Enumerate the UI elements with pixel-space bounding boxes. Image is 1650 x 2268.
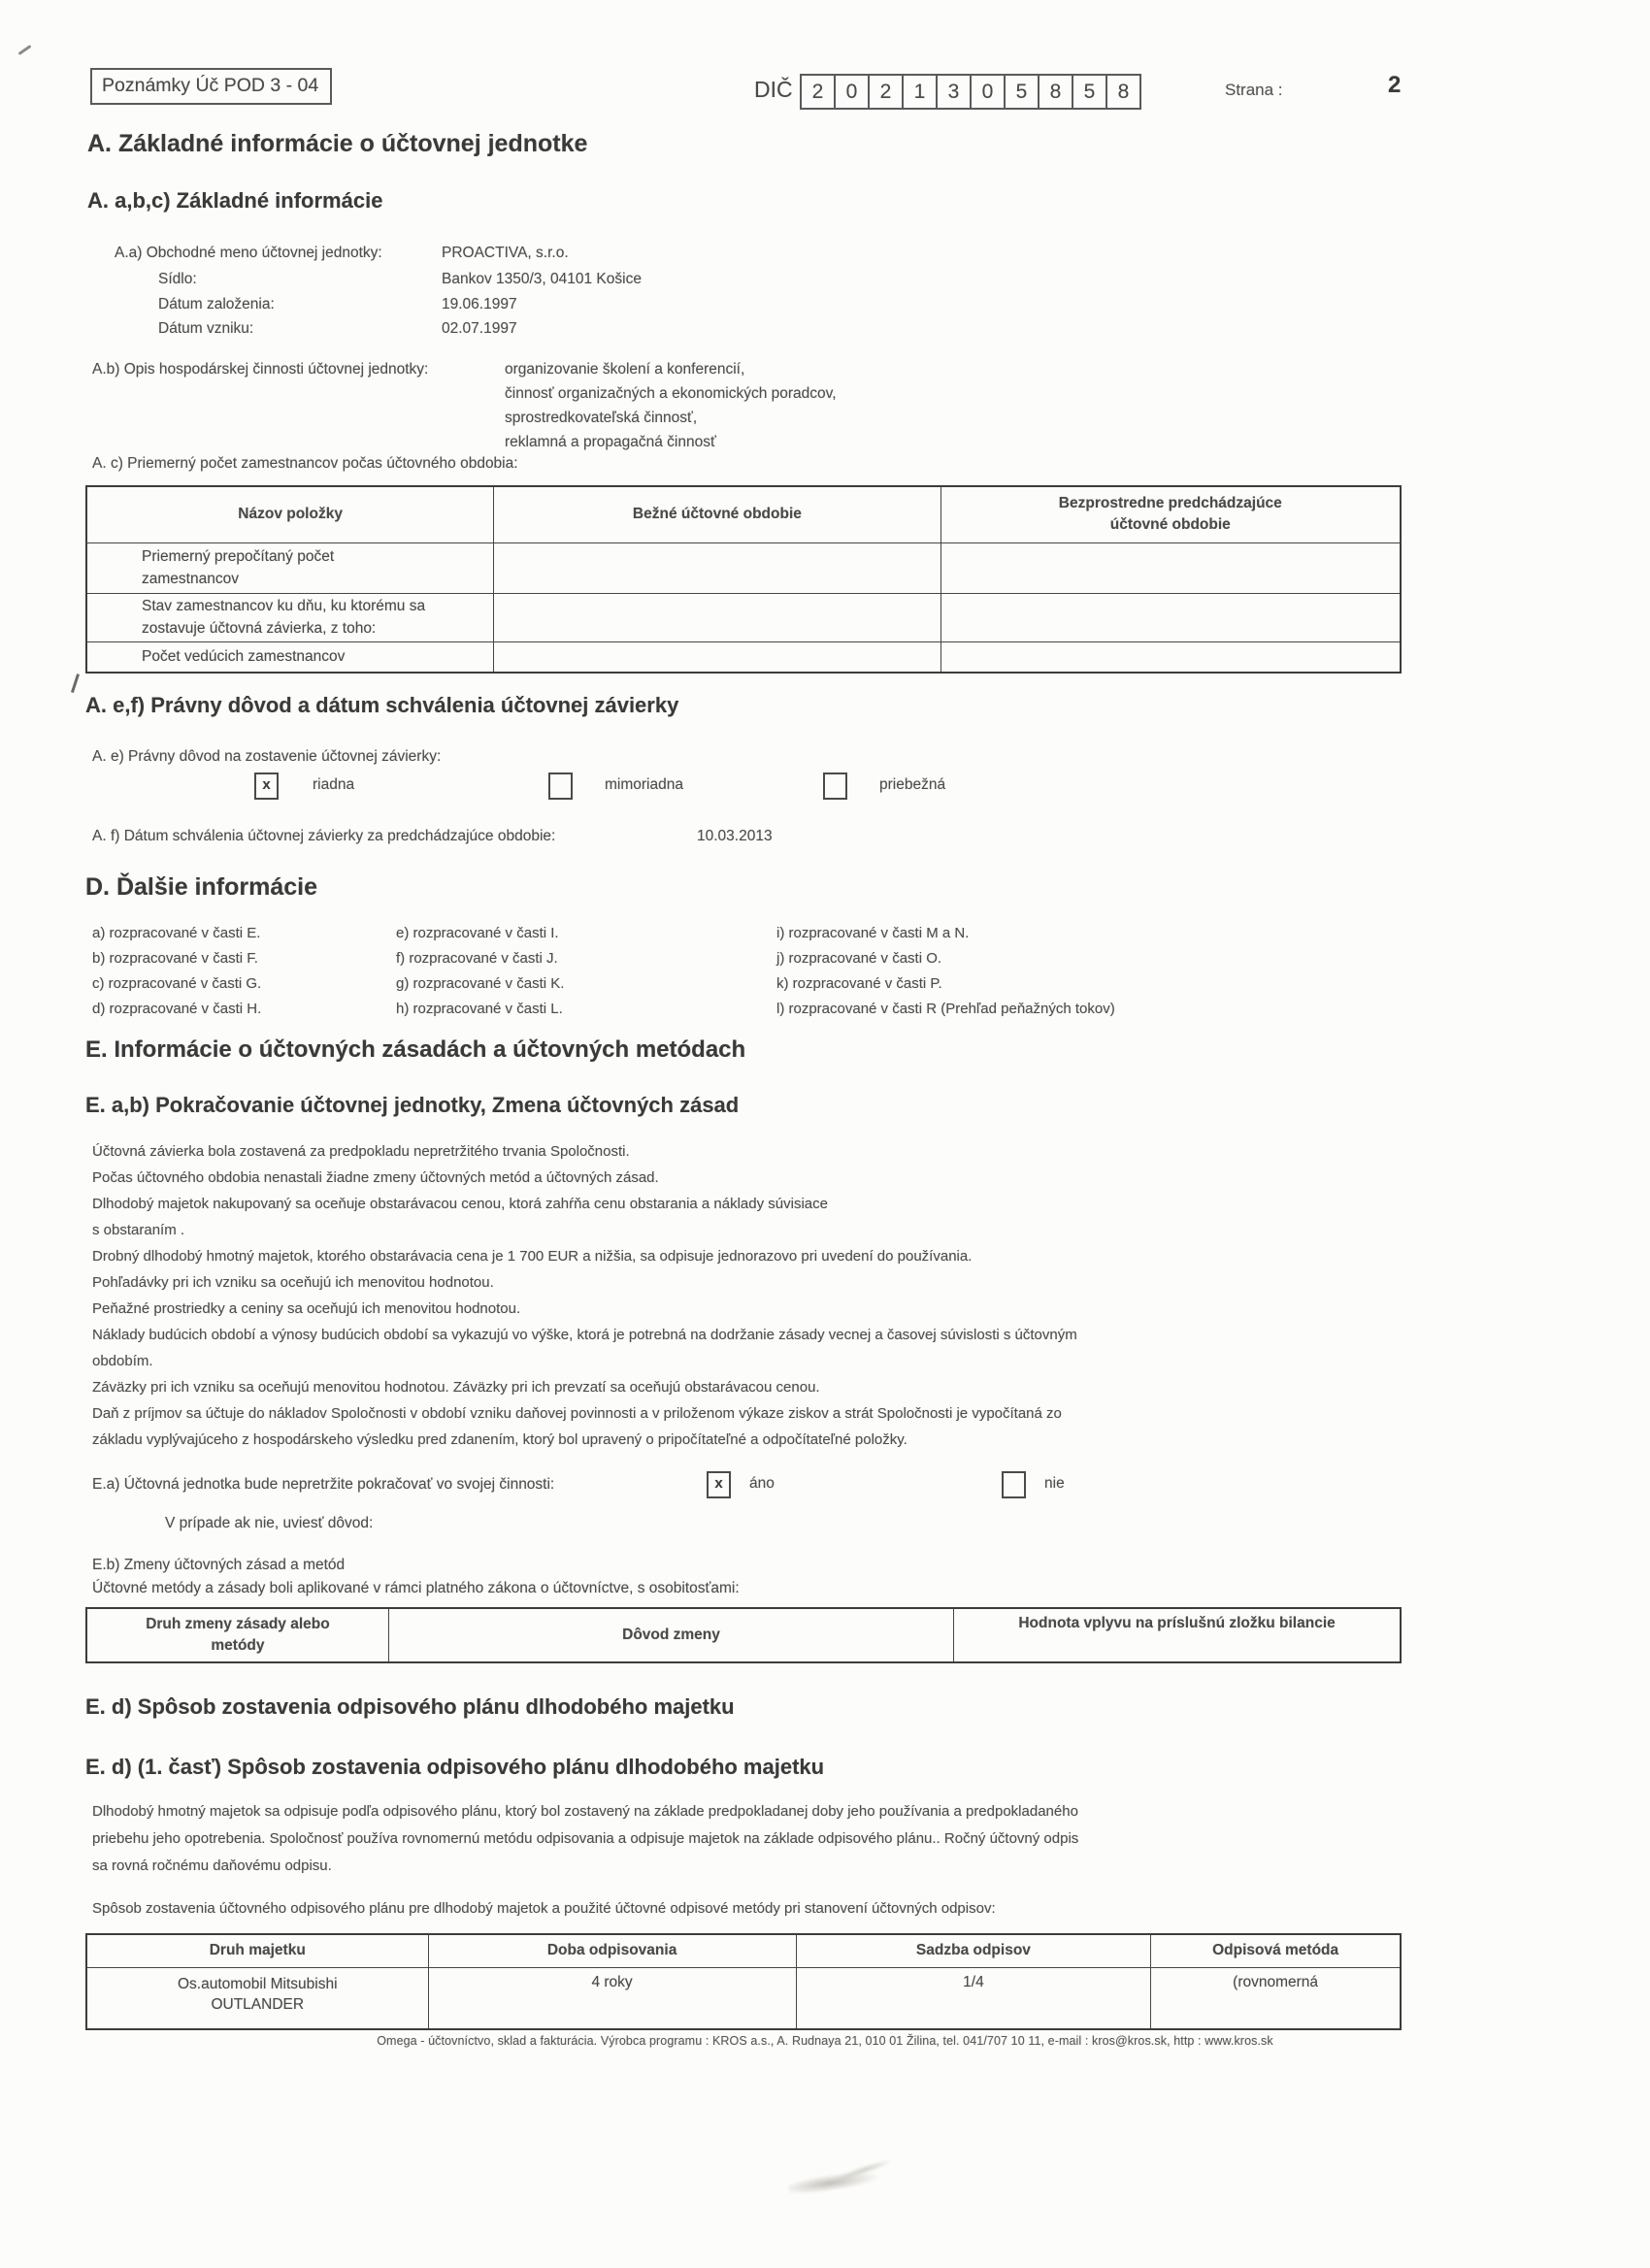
policy-line: s obstaraním . [92, 1222, 184, 1238]
table-row: Os.automobil Mitsubishi OUTLANDER 4 roky… [86, 1967, 1401, 2029]
checkbox-riadna[interactable]: x [254, 772, 279, 800]
software-footer: Omega - účtovníctvo, sklad a fakturácia.… [0, 2034, 1650, 2048]
asset-name: Os.automobil Mitsubishi OUTLANDER [153, 1974, 362, 2016]
changes-note: Účtovné metódy a zásady boli aplikované … [92, 1579, 740, 1597]
policy-line: Daň z príjmov sa účtuje do nákladov Spol… [92, 1405, 1062, 1422]
policy-line: Záväzky pri ich vzniku sa oceňujú menovi… [92, 1379, 820, 1396]
policy-line: Peňažné prostriedky a ceniny sa oceňujú … [92, 1300, 520, 1317]
checkbox-ano[interactable]: x [707, 1471, 731, 1498]
scanned-form-page: Poznámky Úč POD 3 - 04 DIČ 2 0 2 1 3 0 5… [0, 0, 1650, 2268]
field-label-incorporated: Dátum vzniku: [158, 319, 253, 338]
d-item: i) rozpracované v časti M a N. [776, 925, 969, 941]
activity-item: reklamná a propagačná činnosť [505, 433, 716, 451]
policy-line: Účtovná závierka bola zostavená za predp… [92, 1143, 630, 1160]
changes-table-header: Druh zmeny zásady alebo metódy [86, 1608, 388, 1662]
depreciation-note: Spôsob zostavenia účtovného odpisového p… [92, 1900, 996, 1917]
dic-digit: 8 [1038, 74, 1073, 110]
dic-label: DIČ [754, 77, 793, 103]
employees-cell-previous [940, 542, 1401, 593]
policy-line: Dlhodobý majetok nakupovaný sa oceňuje o… [92, 1196, 828, 1212]
policy-line: obdobím. [92, 1353, 153, 1369]
employees-row-label: Počet vedúcich zamestnancov [88, 645, 492, 668]
dic-digit: 5 [1004, 74, 1039, 110]
page-label: Strana : [1225, 81, 1283, 100]
activity-label: A.b) Opis hospodárskej činnosti účtovnej… [92, 360, 428, 378]
employees-label: A. c) Priemerný počet zamestnancov počas… [92, 454, 518, 473]
employees-cell-previous [940, 593, 1401, 641]
section-e-d-subtitle: E. d) Spôsob zostavenia odpisového plánu… [85, 1694, 735, 1720]
employees-table-header: Bezprostredne predchádzajúce účtovné obd… [940, 486, 1401, 542]
d-item: e) rozpracované v časti I. [396, 925, 559, 941]
table-row: Počet vedúcich zamestnancov [86, 641, 1401, 673]
field-value-seat: Bankov 1350/3, 04101 Košice [442, 270, 642, 288]
d-item: g) rozpracované v časti K. [396, 975, 564, 992]
scan-artifact-dash [17, 45, 31, 55]
employees-table-header: Názov položky [86, 486, 494, 542]
continue-label: E.a) Účtovná jednotka bude nepretržite p… [92, 1475, 554, 1494]
page-number: 2 [1388, 72, 1401, 99]
employees-cell-current [494, 641, 940, 673]
policy-line: Náklady budúcich období a výnosy budúcic… [92, 1327, 1077, 1343]
dic-digit: 3 [936, 74, 972, 110]
employees-row-label: Stav zamestnancov ku dňu, ku ktorému sa … [88, 595, 443, 641]
employees-cell-previous [940, 641, 1401, 673]
activity-item: sprostredkovateľská činnosť, [505, 409, 697, 427]
checkbox-mimoriadna[interactable] [548, 772, 573, 800]
checkbox-label-ano: áno [749, 1475, 775, 1493]
policy-line: Pohľadávky pri ich vzniku sa oceňujú ich… [92, 1274, 494, 1291]
dic-digit: 2 [800, 74, 836, 110]
d-item: j) rozpracované v časti O. [776, 950, 941, 967]
section-e-title: E. Informácie o účtovných zásadách a účt… [85, 1036, 745, 1064]
table-row: Priemerný prepočítaný počet zamestnancov [86, 542, 1401, 593]
legal-reason-label: A. e) Právny dôvod na zostavenie účtovne… [92, 747, 441, 766]
checkbox-label-nie: nie [1044, 1475, 1065, 1493]
dic-digit: 5 [1072, 74, 1107, 110]
asset-period: 4 roky [428, 1967, 796, 2029]
section-d-title: D. Ďalšie informácie [85, 873, 317, 902]
employees-cell-current [494, 542, 940, 593]
assets-table-header: Odpisová metóda [1151, 1934, 1401, 1967]
policy-line: Drobný dlhodobý hmotný majetok, ktorého … [92, 1248, 972, 1265]
d-item: h) rozpracované v časti L. [396, 1001, 563, 1017]
employees-cell-current [494, 593, 940, 641]
if-not-label: V prípade ak nie, uviesť dôvod: [165, 1514, 373, 1532]
checkbox-priebezna[interactable] [823, 772, 847, 800]
policy-line: Počas účtovného obdobia nenastali žiadne… [92, 1169, 659, 1186]
assets-table: Druh majetku Doba odpisovania Sadzba odp… [85, 1933, 1402, 2030]
d-item: b) rozpracované v časti F. [92, 950, 258, 967]
checkbox-label-mimoriadna: mimoriadna [605, 776, 683, 794]
section-e-d1-subtitle: E. d) (1. časť) Spôsob zostavenia odpiso… [85, 1755, 824, 1780]
form-name: Poznámky Úč POD 3 - 04 [102, 75, 318, 96]
assets-table-header: Druh majetku [86, 1934, 428, 1967]
section-a-title: A. Základné informácie o účtovnej jednot… [87, 130, 587, 158]
activity-item: organizovanie školení a konferencií, [505, 360, 744, 378]
dic-digit: 1 [902, 74, 938, 110]
assets-table-header: Sadzba odpisov [796, 1934, 1151, 1967]
dic-digit: 2 [868, 74, 904, 110]
dic-digit: 0 [834, 74, 870, 110]
depreciation-line: priebehu jeho opotrebenia. Spoločnosť po… [92, 1830, 1078, 1847]
form-name-box: Poznámky Úč POD 3 - 04 [90, 68, 332, 105]
changes-label: E.b) Zmeny účtovných zásad a metód [92, 1556, 345, 1574]
d-item: c) rozpracované v časti G. [92, 975, 261, 992]
employees-row-label: Priemerný prepočítaný počet zamestnancov [88, 545, 413, 591]
checkbox-label-riadna: riadna [313, 776, 354, 794]
d-item: k) rozpracované v časti P. [776, 975, 942, 992]
d-item: l) rozpracované v časti R (Prehľad peňaž… [776, 1001, 1115, 1017]
scan-artifact-slash [71, 674, 80, 693]
approval-date-value: 10.03.2013 [697, 827, 773, 845]
field-label-business-name: A.a) Obchodné meno účtovnej jednotky: [115, 244, 382, 262]
field-value-founded: 19.06.1997 [442, 295, 517, 313]
field-label-founded: Dátum založenia: [158, 295, 275, 313]
depreciation-line: sa rovná ročnému daňovému odpisu. [92, 1857, 332, 1874]
policy-line: základu vyplývajúceho z hospodárskeho vý… [92, 1431, 907, 1448]
asset-rate: 1/4 [796, 1967, 1151, 2029]
approval-date-label: A. f) Dátum schválenia účtovnej závierky… [92, 827, 555, 845]
d-item: a) rozpracované v časti E. [92, 925, 260, 941]
asset-method: (rovnomerná [1151, 1967, 1401, 2029]
d-item: d) rozpracované v časti H. [92, 1001, 261, 1017]
depreciation-line: Dlhodobý hmotný majetok sa odpisuje podľ… [92, 1803, 1078, 1820]
dic-digit: 0 [970, 74, 1006, 110]
assets-table-header: Doba odpisovania [428, 1934, 796, 1967]
changes-table-header: Hodnota vplyvu na príslušnú zložku bilan… [954, 1608, 1401, 1662]
section-a-abc-subtitle: A. a,b,c) Základné informácie [87, 188, 382, 214]
dic-digit: 8 [1105, 74, 1141, 110]
checkbox-label-priebezna: priebežná [879, 776, 945, 794]
section-e-ab-subtitle: E. a,b) Pokračovanie účtovnej jednotky, … [85, 1093, 739, 1118]
field-value-business-name: PROACTIVA, s.r.o. [442, 244, 569, 262]
field-label-seat: Sídlo: [158, 270, 197, 288]
employees-table: Názov položky Bežné účtovné obdobie Bezp… [85, 485, 1402, 674]
changes-table: Druh zmeny zásady alebo metódy Dôvod zme… [85, 1607, 1402, 1663]
table-row: Stav zamestnancov ku dňu, ku ktorému sa … [86, 593, 1401, 641]
activity-item: činnosť organizačných a ekonomických por… [505, 384, 837, 403]
changes-table-header: Dôvod zmeny [388, 1608, 953, 1662]
section-a-ef-subtitle: A. e,f) Právny dôvod a dátum schválenia … [85, 693, 678, 718]
d-item: f) rozpracované v časti J. [396, 950, 558, 967]
checkbox-nie[interactable] [1002, 1471, 1026, 1498]
field-value-incorporated: 02.07.1997 [442, 319, 517, 338]
dic-digit-boxes: 2 0 2 1 3 0 5 8 5 8 [800, 74, 1141, 110]
employees-table-header: Bežné účtovné obdobie [494, 486, 940, 542]
